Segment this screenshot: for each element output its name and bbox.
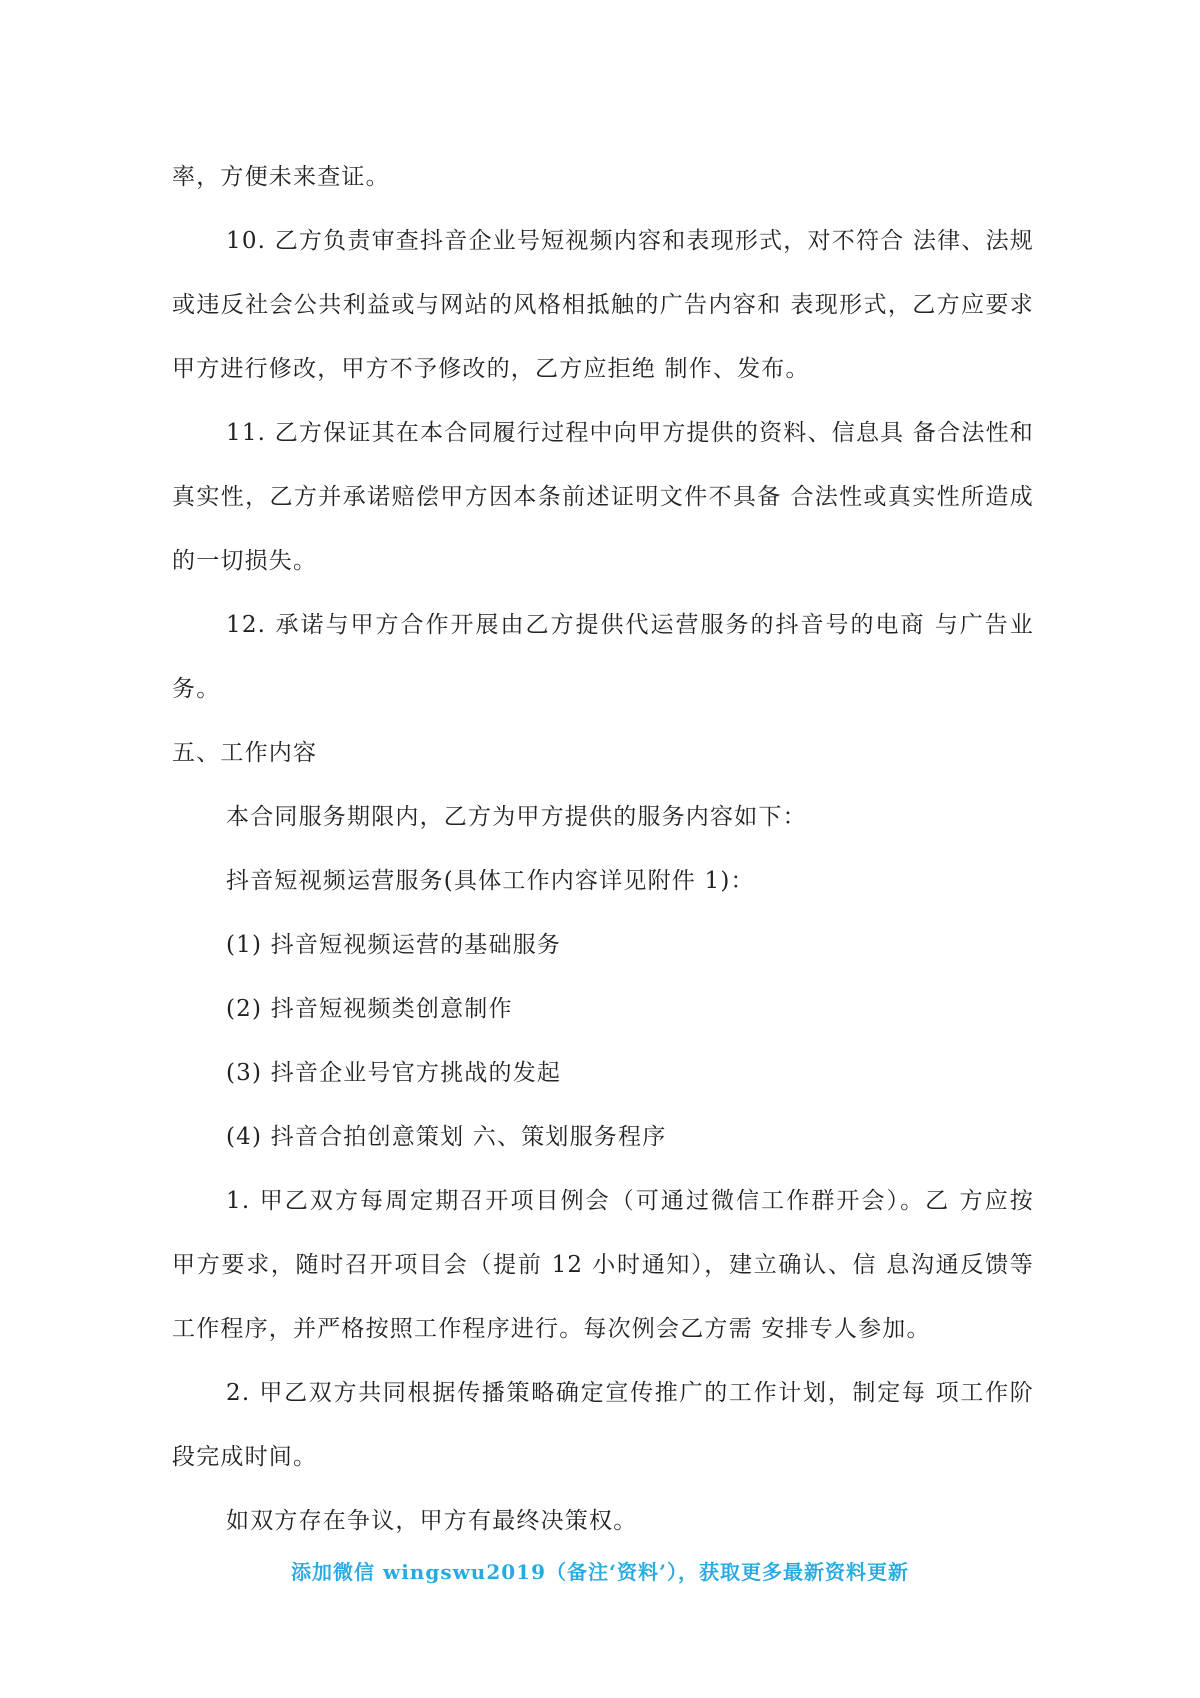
- clause-10-line-1: 10. 乙方负责审查抖音企业号短视频内容和表现形式，对不符合 法律、法规: [172, 219, 1034, 283]
- clause-11-line-3: 的一切损失。: [172, 539, 1034, 603]
- dispute-clause: 如双方存在争议，甲方有最终决策权。: [172, 1499, 1034, 1563]
- section-heading-work-content: 五、工作内容: [172, 731, 1034, 795]
- procedure-1-line-3: 工作程序，并严格按照工作程序进行。每次例会乙方需 安排专人参加。: [172, 1307, 1034, 1371]
- service-title: 抖音短视频运营服务(具体工作内容详见附件 1)：: [172, 859, 1034, 923]
- service-item-1: (1) 抖音短视频运营的基础服务: [172, 923, 1034, 987]
- procedure-1-line-2: 甲方要求，随时召开项目会（提前 12 小时通知），建立确认、信 息沟通反馈等: [172, 1243, 1034, 1307]
- procedure-1-line-1: 1. 甲乙双方每周定期召开项目例会（可通过微信工作群开会）。乙 方应按: [172, 1179, 1034, 1243]
- clause-11-line-2: 真实性，乙方并承诺赔偿甲方因本条前述证明文件不具备 合法性或真实性所造成: [172, 475, 1034, 539]
- wechat-promo-footer: 添加微信 wingswu2019（备注‘资料’），获取更多最新资料更新: [0, 1556, 1200, 1585]
- clause-11-line-1: 11. 乙方保证其在本合同履行过程中向甲方提供的资料、信息具 备合法性和: [172, 411, 1034, 475]
- text-line: 率，方便未来查证。: [172, 155, 1034, 219]
- service-item-4: (4) 抖音合拍创意策划 六、策划服务程序: [172, 1115, 1034, 1179]
- service-intro: 本合同服务期限内，乙方为甲方提供的服务内容如下：: [172, 795, 1034, 859]
- service-item-3: (3) 抖音企业号官方挑战的发起: [172, 1051, 1034, 1115]
- procedure-2-line-1: 2. 甲乙双方共同根据传播策略确定宣传推广的工作计划，制定每 项工作阶: [172, 1371, 1034, 1435]
- procedure-2-line-2: 段完成时间。: [172, 1435, 1034, 1499]
- clause-12-line-1: 12. 承诺与甲方合作开展由乙方提供代运营服务的抖音号的电商 与广告业: [172, 603, 1034, 667]
- clause-12-line-2: 务。: [172, 667, 1034, 731]
- document-page: 率，方便未来查证。 10. 乙方负责审查抖音企业号短视频内容和表现形式，对不符合…: [172, 155, 1034, 1563]
- clause-10-line-2: 或违反社会公共利益或与网站的风格相抵触的广告内容和 表现形式，乙方应要求: [172, 283, 1034, 347]
- clause-10-line-3: 甲方进行修改，甲方不予修改的，乙方应拒绝 制作、发布。: [172, 347, 1034, 411]
- service-item-2: (2) 抖音短视频类创意制作: [172, 987, 1034, 1051]
